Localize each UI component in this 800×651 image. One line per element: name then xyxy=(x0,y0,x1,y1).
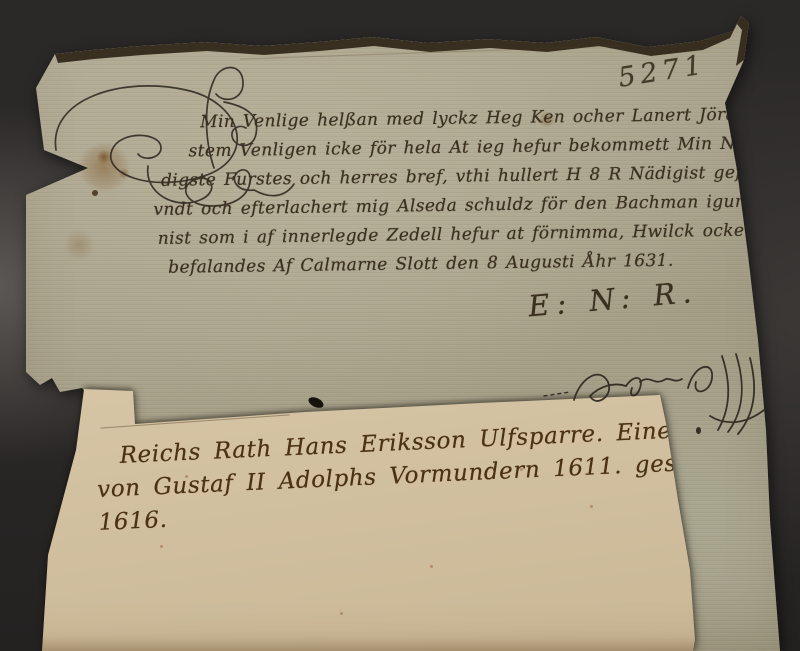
photograph-of-manuscript: 5271 Min Venlige helßan med lyckz Heg Ke… xyxy=(0,0,800,651)
speck xyxy=(160,545,163,548)
annotation-paper-shadow-wrap: Reichs Rath Hans Eriksson Ulfsparre. Ein… xyxy=(0,0,800,651)
speck xyxy=(430,565,433,568)
signature-flourish-icon xyxy=(540,352,795,436)
crease-line xyxy=(100,414,290,428)
speck xyxy=(340,612,343,615)
annotation-paper: Reichs Rath Hans Eriksson Ulfsparre. Ein… xyxy=(0,0,800,651)
